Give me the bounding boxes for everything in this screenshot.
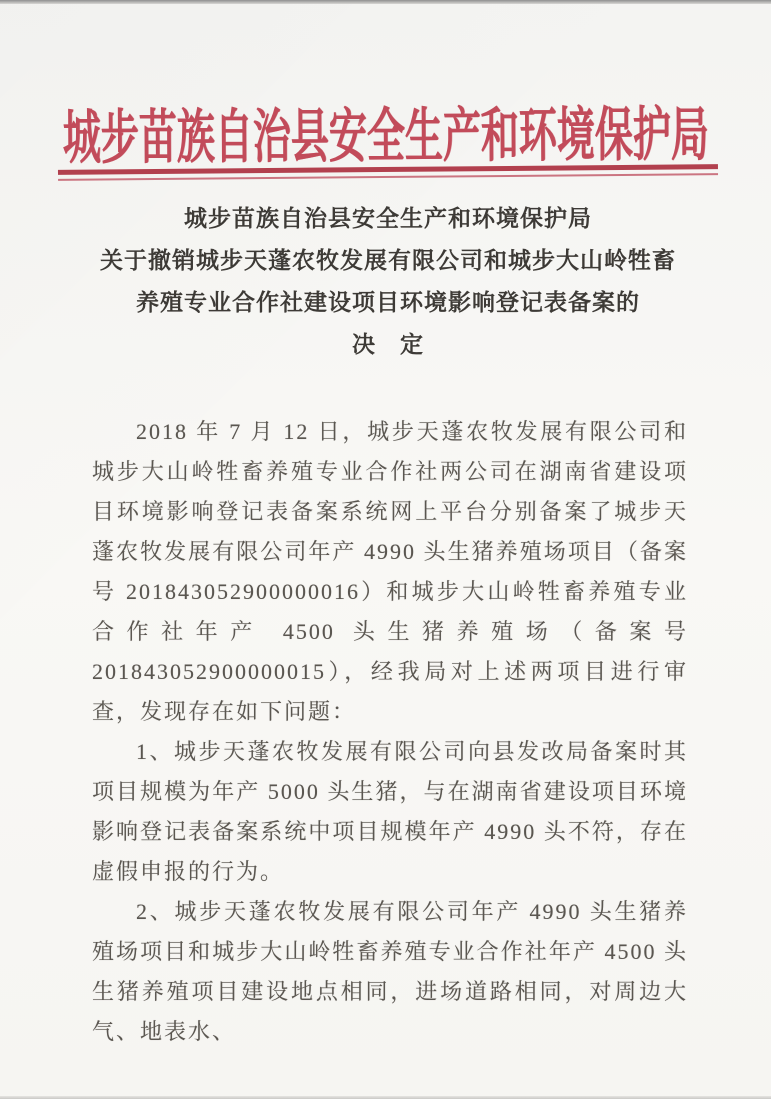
paragraph-intro: 2018 年 7 月 12 日，城步天蓬农牧发展有限公司和城步大山岭牲畜养殖专业… — [92, 412, 688, 732]
title-line-subject-2: 养殖专业合作社建设项目环境影响登记表备案的 — [88, 282, 688, 324]
title-line-subject-1: 关于撤销城步天蓬农牧发展有限公司和城步大山岭牲畜 — [88, 240, 688, 282]
letterhead-agency-name: 城步苗族自治县安全生产和环境保护局 — [0, 86, 771, 175]
title-line-agency: 城步苗族自治县安全生产和环境保护局 — [88, 198, 688, 240]
title-line-decision: 决 定 — [88, 324, 688, 366]
document-body: 2018 年 7 月 12 日，城步天蓬农牧发展有限公司和城步大山岭牲畜养殖专业… — [92, 412, 688, 1052]
paragraph-issue-1: 1、城步天蓬农牧发展有限公司向县发改局备案时其项目规模为年产 5000 头生猪，… — [92, 732, 688, 892]
document-title: 城步苗族自治县安全生产和环境保护局 关于撤销城步天蓬农牧发展有限公司和城步大山岭… — [88, 198, 688, 366]
scanner-edge-top — [0, 0, 771, 4]
paragraph-issue-2: 2、城步天蓬农牧发展有限公司年产 4990 头生猪养殖场项目和城步大山岭牲畜养殖… — [92, 892, 688, 1052]
scanned-document-page: 城步苗族自治县安全生产和环境保护局 城步苗族自治县安全生产和环境保护局 关于撤销… — [0, 0, 771, 1099]
